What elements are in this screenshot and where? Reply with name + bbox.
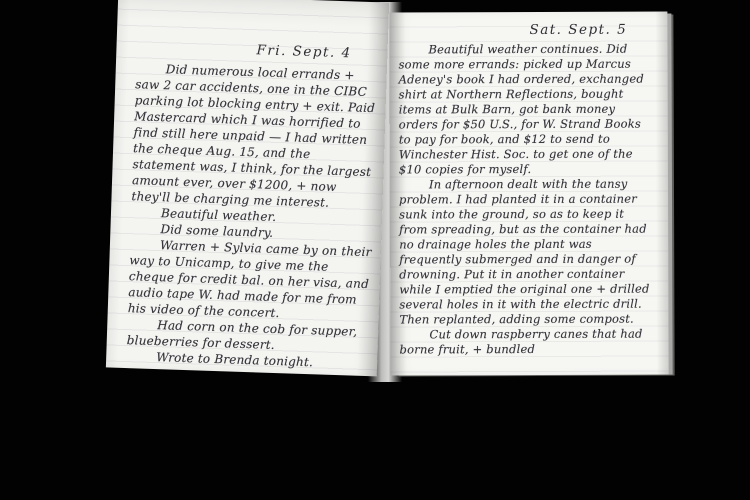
photo-background: Fri. Sept. 4 Did numerous local errands … [0, 0, 750, 500]
diary-book: Fri. Sept. 4 Did numerous local errands … [0, 0, 750, 500]
left-page-body: Did numerous local errands + saw 2 car a… [106, 60, 387, 373]
diary-paragraph: Warren + Sylvia came by on their way to … [128, 236, 374, 324]
diary-page-left: Fri. Sept. 4 Did numerous local errands … [106, 0, 389, 376]
left-page-date-heading: Fri. Sept. 4 [256, 42, 387, 62]
right-page-date-heading: Sat. Sept. 5 [529, 22, 667, 38]
diary-paragraph: Beautiful weather continues. Did some mo… [398, 42, 651, 178]
diary-paragraph: In afternoon dealt with the tansy proble… [399, 177, 653, 328]
right-page-body: Beautiful weather continues. Did some mo… [389, 42, 668, 358]
diary-page-right: Sat. Sept. 5 Beautiful weather continues… [389, 12, 668, 376]
diary-paragraph: Cut down raspberry canes that had borne … [399, 327, 652, 358]
diary-paragraph: Did numerous local errands + saw 2 car a… [131, 60, 379, 212]
